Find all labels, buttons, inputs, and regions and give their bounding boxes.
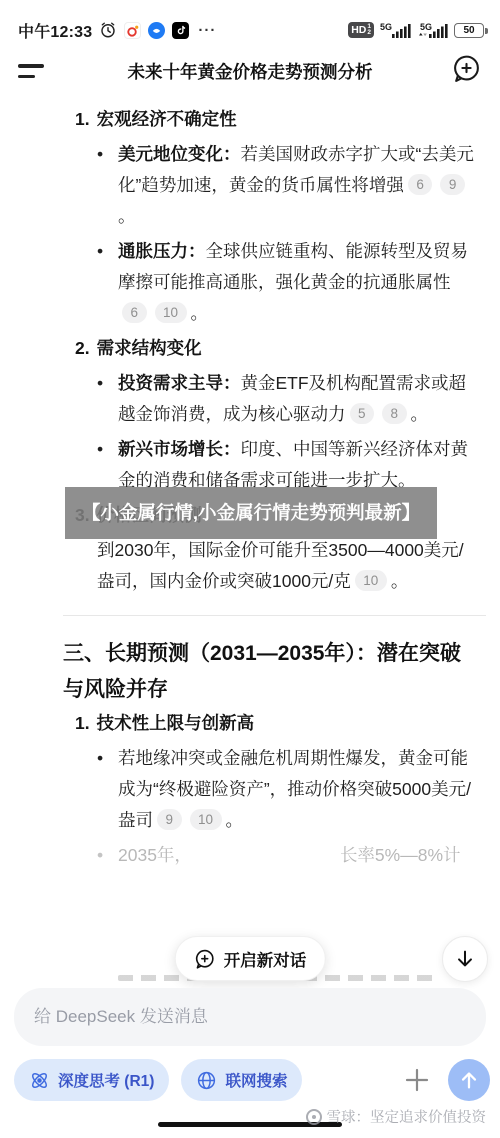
new-conversation-button[interactable]: 开启新对话 [175,936,326,981]
watermark-overlay: 【小金属行情,小金属行情走势预判最新】 [65,487,437,539]
citation-badge[interactable]: 9 [440,174,465,195]
globe-icon [196,1070,217,1091]
web-search-button[interactable]: 联网搜索 [181,1059,302,1101]
bullet-dot [97,840,118,871]
app-header: 未来十年黄金价格走势预测分析 [0,48,500,94]
numbered-heading-4: 1.技术性上限与创新高 [75,708,475,739]
citation-badge[interactable]: 10 [355,570,387,591]
signal-strength-icon-2: 5G [417,21,448,39]
blue-app-icon [148,22,165,39]
assistant-message: 1.宏观经济不确定性 美元地位变化：若美国财政赤字扩大或“去美元化”趋势加速，黄… [0,94,500,984]
list-item: 美元地位变化：若美国财政赤字扩大或“去美元化”趋势加速，黄金的货币属性将增强69… [97,139,475,232]
section-divider [63,615,486,616]
section-heading: 三、长期预测（2031—2035年）：潜在突破与风险并存 [63,636,475,708]
citation-badge[interactable]: 5 [350,403,375,424]
xueqiu-watermark: 雪球：坚定追求价值投资 [306,1106,487,1127]
deep-think-button[interactable]: 深度思考 (R1) [14,1059,169,1101]
douyin-icon [172,22,189,39]
status-time: 中午12:33 [18,19,92,42]
citation-badge[interactable]: 9 [157,809,182,830]
menu-icon[interactable] [18,64,44,77]
bullet-dot [97,139,118,232]
signal-strength-icon-1: 5G [380,21,411,39]
bullet-dot [97,368,118,430]
xueqiu-logo-icon [306,1109,322,1125]
paragraph: 到2030年，国际金价可能升至3500—4000美元/盎司，国内金价或突破100… [97,535,475,597]
bullet-dot [97,236,118,329]
status-bar: 中午12:33 ··· HD 12 [0,0,500,48]
bullet-dot [97,743,118,836]
composer-toolbar: 深度思考 (R1) 联网搜索 [14,1058,490,1102]
chat-bubble-plus-icon [194,948,216,970]
arrow-up-icon [458,1069,480,1091]
citation-badge[interactable]: 6 [122,302,147,323]
message-input[interactable] [34,1007,466,1027]
list-item: 通胀压力：全球供应链重构、能源转型及贸易摩擦可能推高通胀，强化黄金的抗通胀属性6… [97,236,475,329]
attach-button[interactable] [402,1065,432,1095]
status-more-icon: ··· [198,22,216,39]
list-item-faded: 2035年， 长率5%—8%计 [97,840,475,871]
atom-icon [29,1070,50,1091]
hd-voice-badge: HD 12 [348,22,374,38]
plus-icon [403,1066,431,1094]
svg-text:5G: 5G [380,22,392,32]
svg-text:5G: 5G [420,22,432,32]
numbered-heading-2: 2.需求结构变化 [75,333,475,364]
arrow-down-icon [454,948,476,970]
send-button[interactable] [448,1059,490,1101]
weibo-icon [124,22,141,39]
battery-icon: 50 [454,23,484,38]
citation-badge[interactable]: 8 [382,403,407,424]
list-item: 若地缘冲突或金融危机周期性爆发，黄金可能成为“终极避险资产”，推动价格突破500… [97,743,475,836]
alarm-icon [99,21,117,39]
scroll-to-bottom-button[interactable] [442,936,488,982]
citation-badge[interactable]: 10 [190,809,222,830]
citation-badge[interactable]: 6 [408,174,433,195]
new-chat-icon[interactable] [451,53,482,89]
numbered-heading-1: 1.宏观经济不确定性 [75,104,475,135]
citation-badge[interactable]: 10 [155,302,187,323]
page-title: 未来十年黄金价格走势预测分析 [66,59,434,84]
message-input-box[interactable] [14,988,486,1046]
list-item: 投资需求主导：黄金ETF及机构配置需求或超越金饰消费，成为核心驱动力58。 [97,368,475,430]
